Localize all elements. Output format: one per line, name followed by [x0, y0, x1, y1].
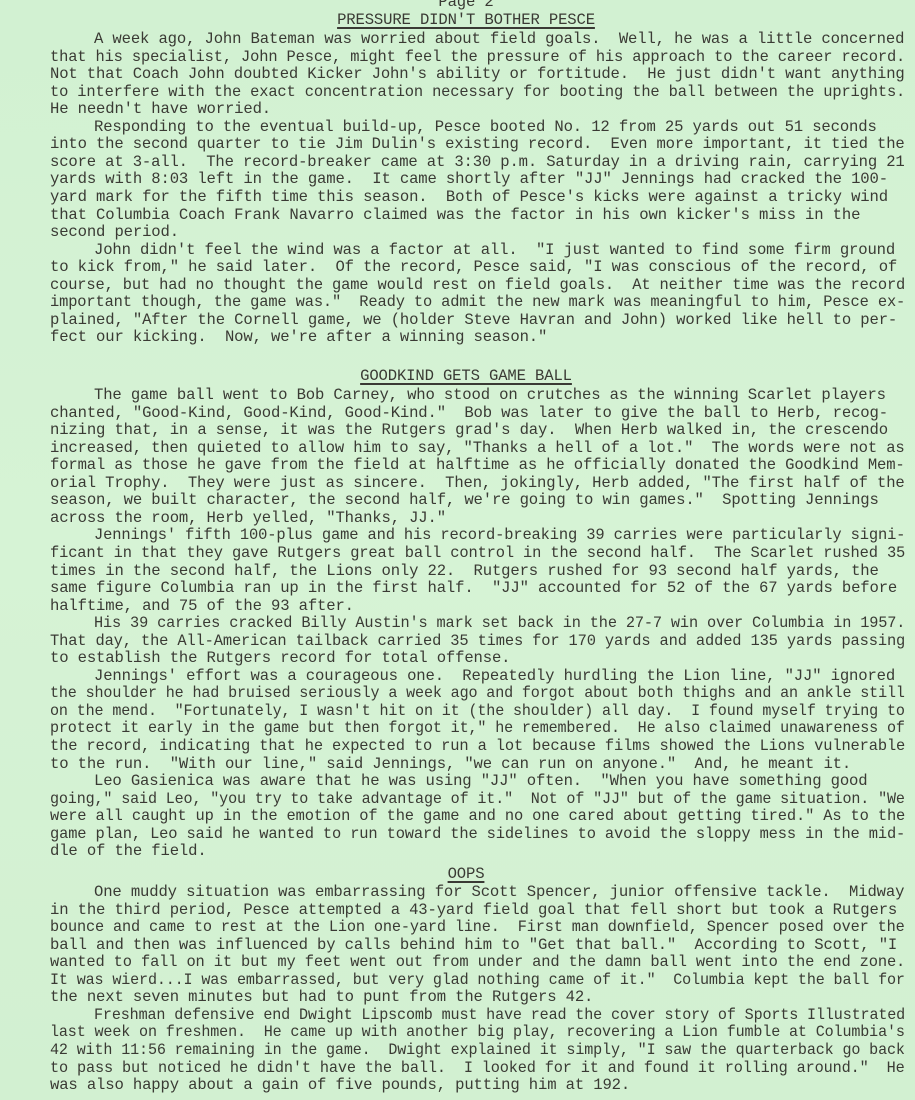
paragraph-line: was also happy about a gain of five poun… — [50, 1077, 630, 1094]
paragraph-line: the record, indicating that he expected … — [50, 738, 905, 755]
paragraph-first-line: One muddy situation was embarrassing for… — [94, 884, 904, 901]
paragraph-line: protect it early in the game but then fo… — [50, 720, 905, 737]
paragraph-line: It was wierd...I was embarrassed, but ve… — [50, 972, 905, 989]
paragraph-first-line: Jennings' effort was a courageous one. R… — [94, 668, 895, 685]
paragraph-first-line: Leo Gasienica was aware that he was usin… — [94, 773, 867, 790]
paragraph-line: plained, "After the Cornell game, we (ho… — [50, 312, 897, 329]
page-number: Page 2 — [0, 0, 915, 11]
paragraph-line: to pass but noticed he didn't have the b… — [50, 1060, 905, 1077]
paragraph-first-line: A week ago, John Bateman was worried abo… — [94, 31, 904, 48]
paragraph-line: dle of the field. — [50, 843, 207, 860]
paragraph-first-line: Jennings' fifth 100-plus game and his re… — [94, 527, 905, 544]
paragraph-line: halftime, and 75 of the 93 after. — [50, 598, 354, 615]
paragraph-line: game plan, Leo said he wanted to run tow… — [50, 826, 905, 843]
paragraph-line: to establish the Rutgers record for tota… — [50, 650, 510, 667]
paragraph-line: wanted to fall on it but my feet went ou… — [50, 954, 905, 971]
paragraph-line: to the run. "With our line," said Jennin… — [50, 756, 851, 773]
paragraph-line: across the room, Herb yelled, "Thanks, J… — [50, 510, 446, 527]
paragraph-line: going," said Leo, "you try to take advan… — [50, 791, 905, 808]
paragraph-line: to kick from," he said later. Of the rec… — [50, 259, 897, 276]
paragraph-first-line: Freshman defensive end Dwight Lipscomb m… — [94, 1007, 905, 1024]
paragraph-line: fect our kicking. Now, we're after a win… — [50, 329, 547, 346]
paragraph-line: on the mend. "Fortunately, I wasn't hit … — [50, 703, 905, 720]
paragraph-line: the next seven minutes but had to punt f… — [50, 989, 593, 1006]
paragraph-line: same figure Columbia ran up in the first… — [50, 580, 897, 597]
paragraph-line: the shoulder he had bruised seriously a … — [50, 685, 905, 702]
paragraph-first-line: The game ball went to Bob Carney, who st… — [94, 387, 886, 404]
paragraph-line: last week on freshmen. He came up with a… — [50, 1024, 905, 1041]
paragraph-line: that his specialist, John Pesce, might f… — [50, 49, 905, 66]
paragraph-line: bounce and came to rest at the Lion one-… — [50, 919, 905, 936]
paragraph-line: He needn't have worried. — [50, 101, 271, 118]
paragraph-line: into the second quarter to tie Jim Dulin… — [50, 136, 905, 153]
paragraph-line: to interfere with the exact concentratio… — [50, 84, 905, 101]
paragraph-line: increased, then quieted to allow him to … — [50, 440, 905, 457]
section-heading-oops: OOPS — [0, 866, 915, 883]
paragraph-line: that Columbia Coach Frank Navarro claime… — [50, 207, 860, 224]
paragraph-line: 42 with 11:56 remaining in the game. Dwi… — [50, 1042, 905, 1059]
paragraph-line: Not that Coach John doubted Kicker John'… — [50, 66, 905, 83]
paragraph-line: ficant in that they gave Rutgers great b… — [50, 545, 905, 562]
section-heading-goodkind: GOODKIND GETS GAME BALL — [0, 368, 915, 385]
paragraph-line: nizing that, in a sense, it was the Rutg… — [50, 422, 888, 439]
paragraph-first-line: John didn't feel the wind was a factor a… — [94, 242, 895, 259]
paragraph-line: were all caught up in the emotion of the… — [50, 808, 905, 825]
paragraph-line: score at 3-all. The record-breaker came … — [50, 154, 905, 171]
paragraph-line: yard mark for the fifth time this season… — [50, 189, 888, 206]
paragraph-line: season, we built character, the second h… — [50, 492, 879, 509]
paragraph-line: chanted, "Good-Kind, Good-Kind, Good-Kin… — [50, 405, 888, 422]
paragraph-line: in the third period, Pesce attempted a 4… — [50, 902, 897, 919]
document-page: Page 2 PRESSURE DIDN'T BOTHER PESCEA wee… — [0, 0, 915, 1100]
paragraph-line: That day, the All-American tailback carr… — [50, 633, 905, 650]
paragraph-line: times in the second half, the Lions only… — [50, 563, 879, 580]
paragraph-first-line: His 39 carries cracked Billy Austin's ma… — [94, 615, 905, 632]
paragraph-line: orial Trophy. They were just as sincere.… — [50, 475, 905, 492]
paragraph-line: second period. — [50, 224, 179, 241]
paragraph-line: ball and then was influenced by calls be… — [50, 937, 897, 954]
paragraph-line: important though, the game was." Ready t… — [50, 294, 905, 311]
section-heading-pressure: PRESSURE DIDN'T BOTHER PESCE — [0, 12, 915, 29]
paragraph-line: course, but had no thought the game woul… — [50, 277, 905, 294]
paragraph-first-line: Responding to the eventual build-up, Pes… — [94, 119, 877, 136]
paragraph-line: yards with 8:03 left in the game. It cam… — [50, 171, 888, 188]
paragraph-line: formal as those he gave from the field a… — [50, 457, 905, 474]
